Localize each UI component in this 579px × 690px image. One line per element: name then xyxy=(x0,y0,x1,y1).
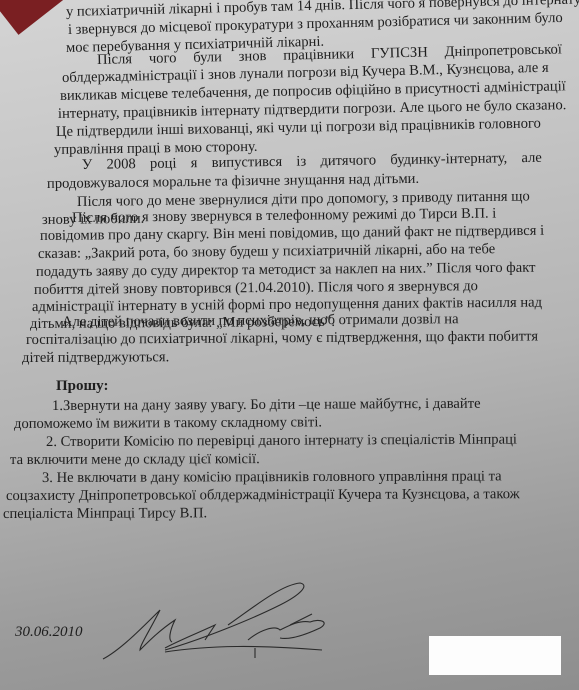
word: дитячого xyxy=(320,152,376,170)
request-line: спеціаліста Мінпраці Тирсу В.П. xyxy=(3,505,207,523)
word: випустився xyxy=(212,154,283,172)
word: будинку-інтернату, xyxy=(390,150,507,169)
word: із xyxy=(296,153,306,170)
word: Після xyxy=(97,51,132,69)
request-line: допоможемо їм вижити в такому складному … xyxy=(14,414,322,433)
document-page: у психіатричній лікарні і пробув там 14 … xyxy=(0,0,579,690)
document-date: 30.06.2010 xyxy=(15,624,83,641)
text-line: Але дітей почали возити по психіатрів, щ… xyxy=(62,311,459,331)
signature-icon xyxy=(100,575,340,675)
request-line: та включити мене до складу цієї комісії. xyxy=(10,451,260,469)
word: 2008 xyxy=(106,156,135,173)
word: я xyxy=(191,155,198,172)
request-line: 3. Не включати в дану комісію працівникі… xyxy=(42,468,502,487)
request-line: соцзахисту Дніпропетровської облдержадмі… xyxy=(6,486,520,505)
word: знов xyxy=(238,48,266,66)
word: були xyxy=(193,49,222,67)
word: працівники xyxy=(283,46,354,65)
request-line: 1.Звернути на дану заяву увагу. Бо діти … xyxy=(52,396,481,415)
word: році xyxy=(150,156,177,173)
word: ГУПСЗН xyxy=(371,44,428,62)
word: У xyxy=(82,157,93,174)
request-line: 2. Створити Комісію по перевірці даного … xyxy=(46,432,517,451)
text-line: дітей підтверджуються. xyxy=(22,349,169,367)
word: але xyxy=(521,150,542,167)
request-heading: Прошу: xyxy=(56,378,108,395)
word: чого xyxy=(149,50,177,68)
white-redaction-box xyxy=(429,636,561,675)
word: Дніпропетровської xyxy=(444,41,562,61)
text-line: госпіталізацію до психіатричної лікарні,… xyxy=(26,328,538,349)
